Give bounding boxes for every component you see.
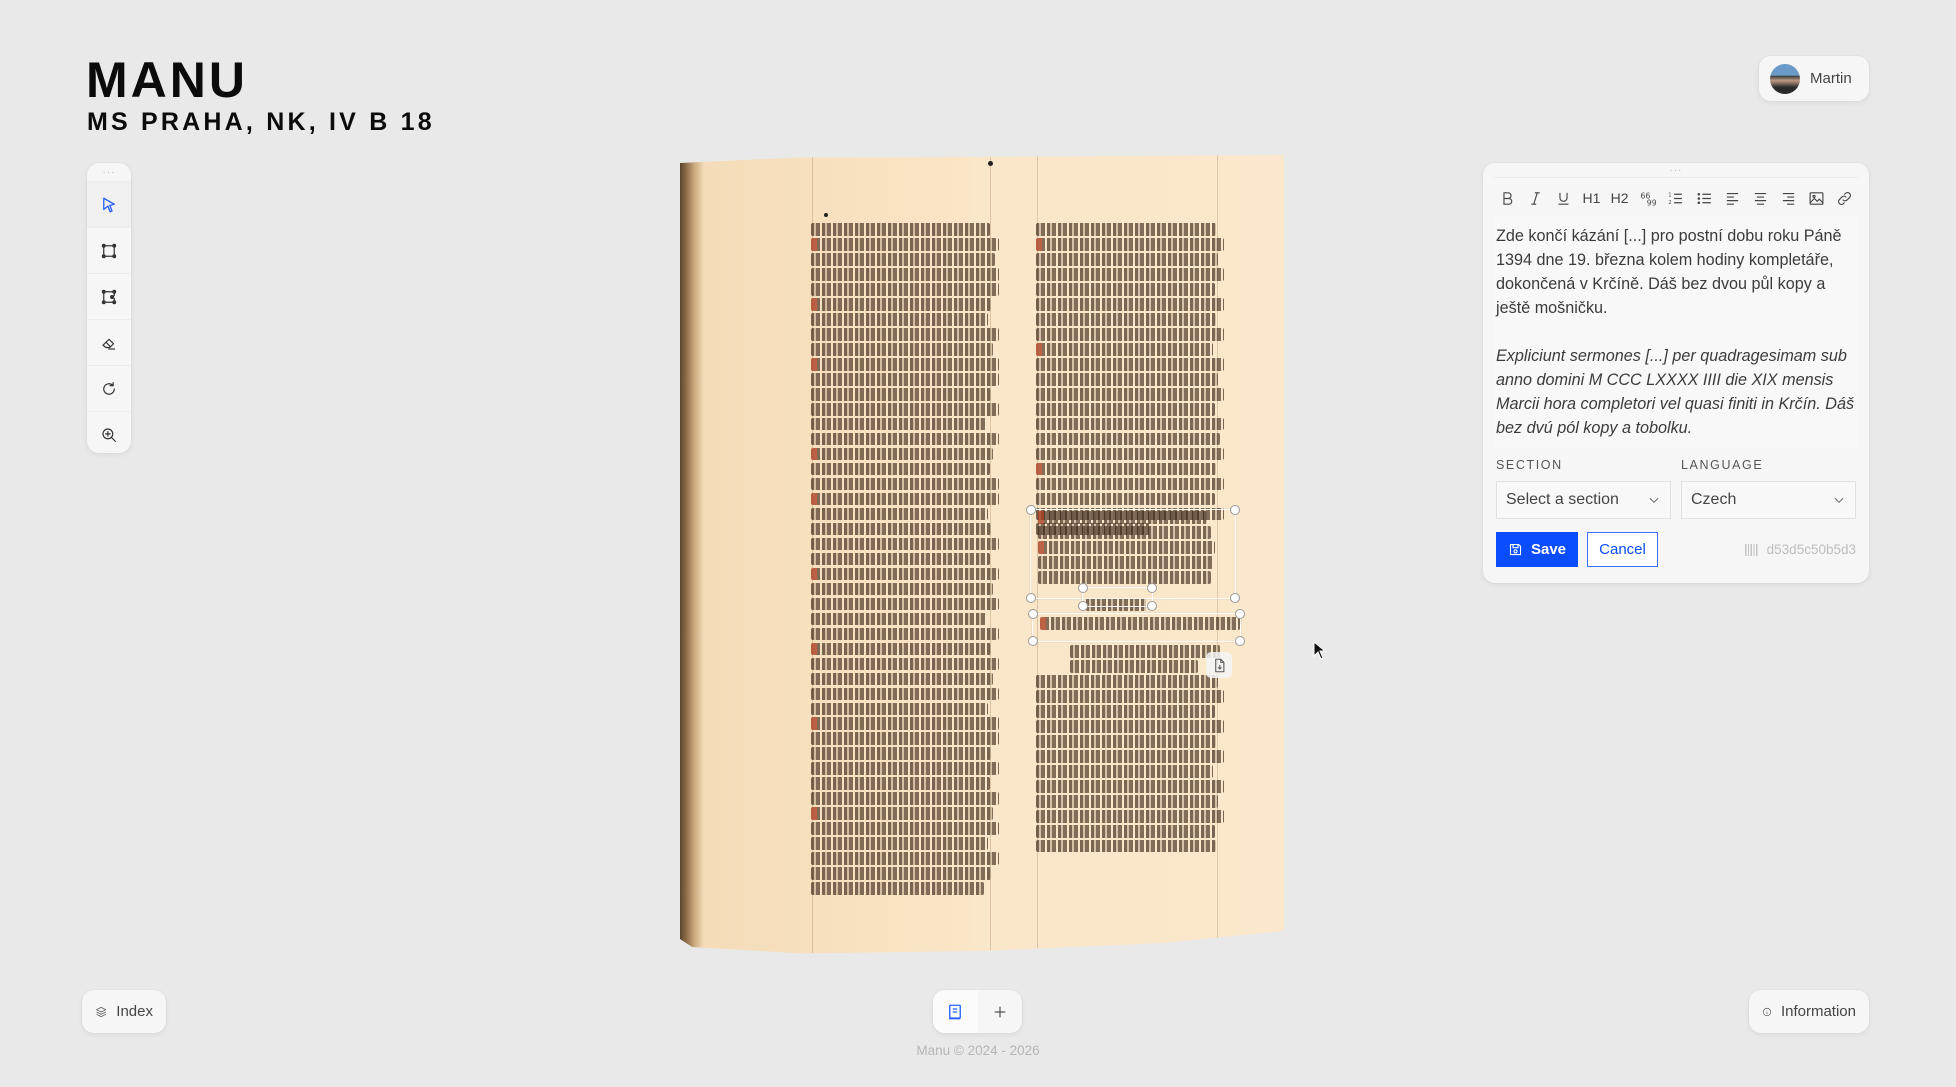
mouse-cursor-icon: [1313, 641, 1326, 660]
align-center-button[interactable]: [1749, 186, 1771, 210]
index-button[interactable]: Index: [82, 990, 166, 1033]
italic-button[interactable]: [1524, 186, 1546, 210]
svg-text:99: 99: [1647, 198, 1656, 206]
ordered-list-button[interactable]: 12: [1665, 186, 1687, 210]
chevron-down-icon: [1647, 493, 1661, 507]
footer-copyright: Manu © 2024 - 2026: [0, 1043, 1956, 1058]
information-button[interactable]: Information: [1749, 990, 1869, 1033]
file-download-icon: [1212, 658, 1227, 673]
section-select-value: Select a section: [1506, 491, 1619, 509]
rectangle-tool-icon: [100, 242, 118, 260]
annotation-region-1[interactable]: [1030, 509, 1236, 599]
align-center-icon: [1752, 190, 1769, 207]
language-select[interactable]: Czech: [1681, 481, 1856, 519]
eraser-icon: [100, 334, 118, 352]
blockquote-button[interactable]: 6699: [1637, 186, 1659, 210]
format-toolbar: H1 H2 6699 12: [1483, 178, 1869, 216]
svg-text:1: 1: [1669, 192, 1672, 198]
editor-drag-handle[interactable]: ···: [1493, 163, 1859, 178]
annotation-id-value: d53d5c50b5d3: [1767, 542, 1856, 557]
page-controls: [933, 990, 1022, 1033]
bullet-list-button[interactable]: [1693, 186, 1715, 210]
save-button[interactable]: Save: [1496, 532, 1578, 567]
index-label: Index: [116, 1003, 153, 1020]
align-left-button[interactable]: [1721, 186, 1743, 210]
add-page-button[interactable]: [978, 990, 1023, 1033]
insert-image-button[interactable]: [1806, 186, 1828, 210]
manuscript-title: MS PRAHA, NK, IV B 18: [87, 108, 435, 137]
bullet-list-icon: [1696, 190, 1713, 207]
tool-eraser[interactable]: [87, 320, 131, 366]
tool-zoom[interactable]: [87, 412, 131, 457]
tool-polygon[interactable]: [87, 274, 131, 320]
cancel-button[interactable]: Cancel: [1587, 532, 1658, 567]
h2-icon: H2: [1611, 190, 1629, 206]
chevron-down-icon: [1832, 493, 1846, 507]
manuscript-viewer[interactable]: [680, 155, 1284, 955]
information-label: Information: [1781, 1003, 1856, 1020]
user-menu-button[interactable]: Martin: [1759, 56, 1869, 101]
annotation-region-2[interactable]: [1082, 587, 1153, 607]
language-select-value: Czech: [1691, 491, 1736, 509]
cursor-arrow-icon: [100, 196, 118, 214]
user-name: Martin: [1810, 70, 1852, 87]
quote-icon: 6699: [1639, 190, 1656, 207]
heading-2-button[interactable]: H2: [1609, 186, 1631, 210]
save-label: Save: [1531, 541, 1566, 558]
link-icon: [1836, 190, 1853, 207]
h1-icon: H1: [1583, 190, 1601, 206]
info-icon: [1762, 1004, 1772, 1020]
rotate-icon: [100, 380, 118, 398]
layers-icon: [95, 1004, 107, 1020]
align-right-button[interactable]: [1778, 186, 1800, 210]
section-select[interactable]: Select a section: [1496, 481, 1671, 519]
tool-rectangle[interactable]: [87, 228, 131, 274]
annotation-editor-panel: ··· H1 H2 6699 12 Zde končí kázání [...]…: [1483, 163, 1869, 583]
heading-1-button[interactable]: H1: [1580, 186, 1602, 210]
bold-icon: [1499, 190, 1516, 207]
barcode-icon: [1745, 544, 1759, 556]
book-icon: [946, 1003, 964, 1021]
underline-icon: [1555, 190, 1572, 207]
tool-select[interactable]: [87, 182, 131, 228]
floppy-disk-icon: [1508, 542, 1523, 557]
align-right-icon: [1780, 190, 1797, 207]
insert-link-button[interactable]: [1834, 186, 1856, 210]
annotation-id: d53d5c50b5d3: [1745, 542, 1856, 557]
bold-button[interactable]: [1496, 186, 1518, 210]
transcription-paragraph: Expliciunt sermones [...] per quadragesi…: [1496, 344, 1855, 440]
user-avatar: [1770, 64, 1800, 94]
annotation-region-3[interactable]: [1032, 613, 1241, 642]
language-label: LANGUAGE: [1681, 458, 1856, 472]
section-label: SECTION: [1496, 458, 1671, 472]
tool-rotate[interactable]: [87, 366, 131, 412]
page-view-button[interactable]: [933, 990, 978, 1033]
italic-icon: [1527, 190, 1544, 207]
region-export-button[interactable]: [1206, 652, 1232, 678]
app-title: MANU: [86, 52, 248, 108]
zoom-in-icon: [100, 426, 118, 444]
underline-button[interactable]: [1552, 186, 1574, 210]
polygon-tool-icon: [100, 288, 118, 306]
plus-icon: [992, 1004, 1008, 1020]
svg-text:2: 2: [1669, 200, 1672, 206]
annotation-text-editor[interactable]: Zde končí kázání [...] pro postní dobu r…: [1493, 216, 1859, 448]
image-icon: [1808, 190, 1825, 207]
toolbar-drag-handle[interactable]: ···: [87, 163, 131, 182]
ordered-list-icon: 12: [1667, 190, 1684, 207]
translation-paragraph: Zde končí kázání [...] pro postní dobu r…: [1496, 224, 1855, 320]
align-left-icon: [1724, 190, 1741, 207]
annotation-toolbar: ···: [87, 163, 131, 453]
